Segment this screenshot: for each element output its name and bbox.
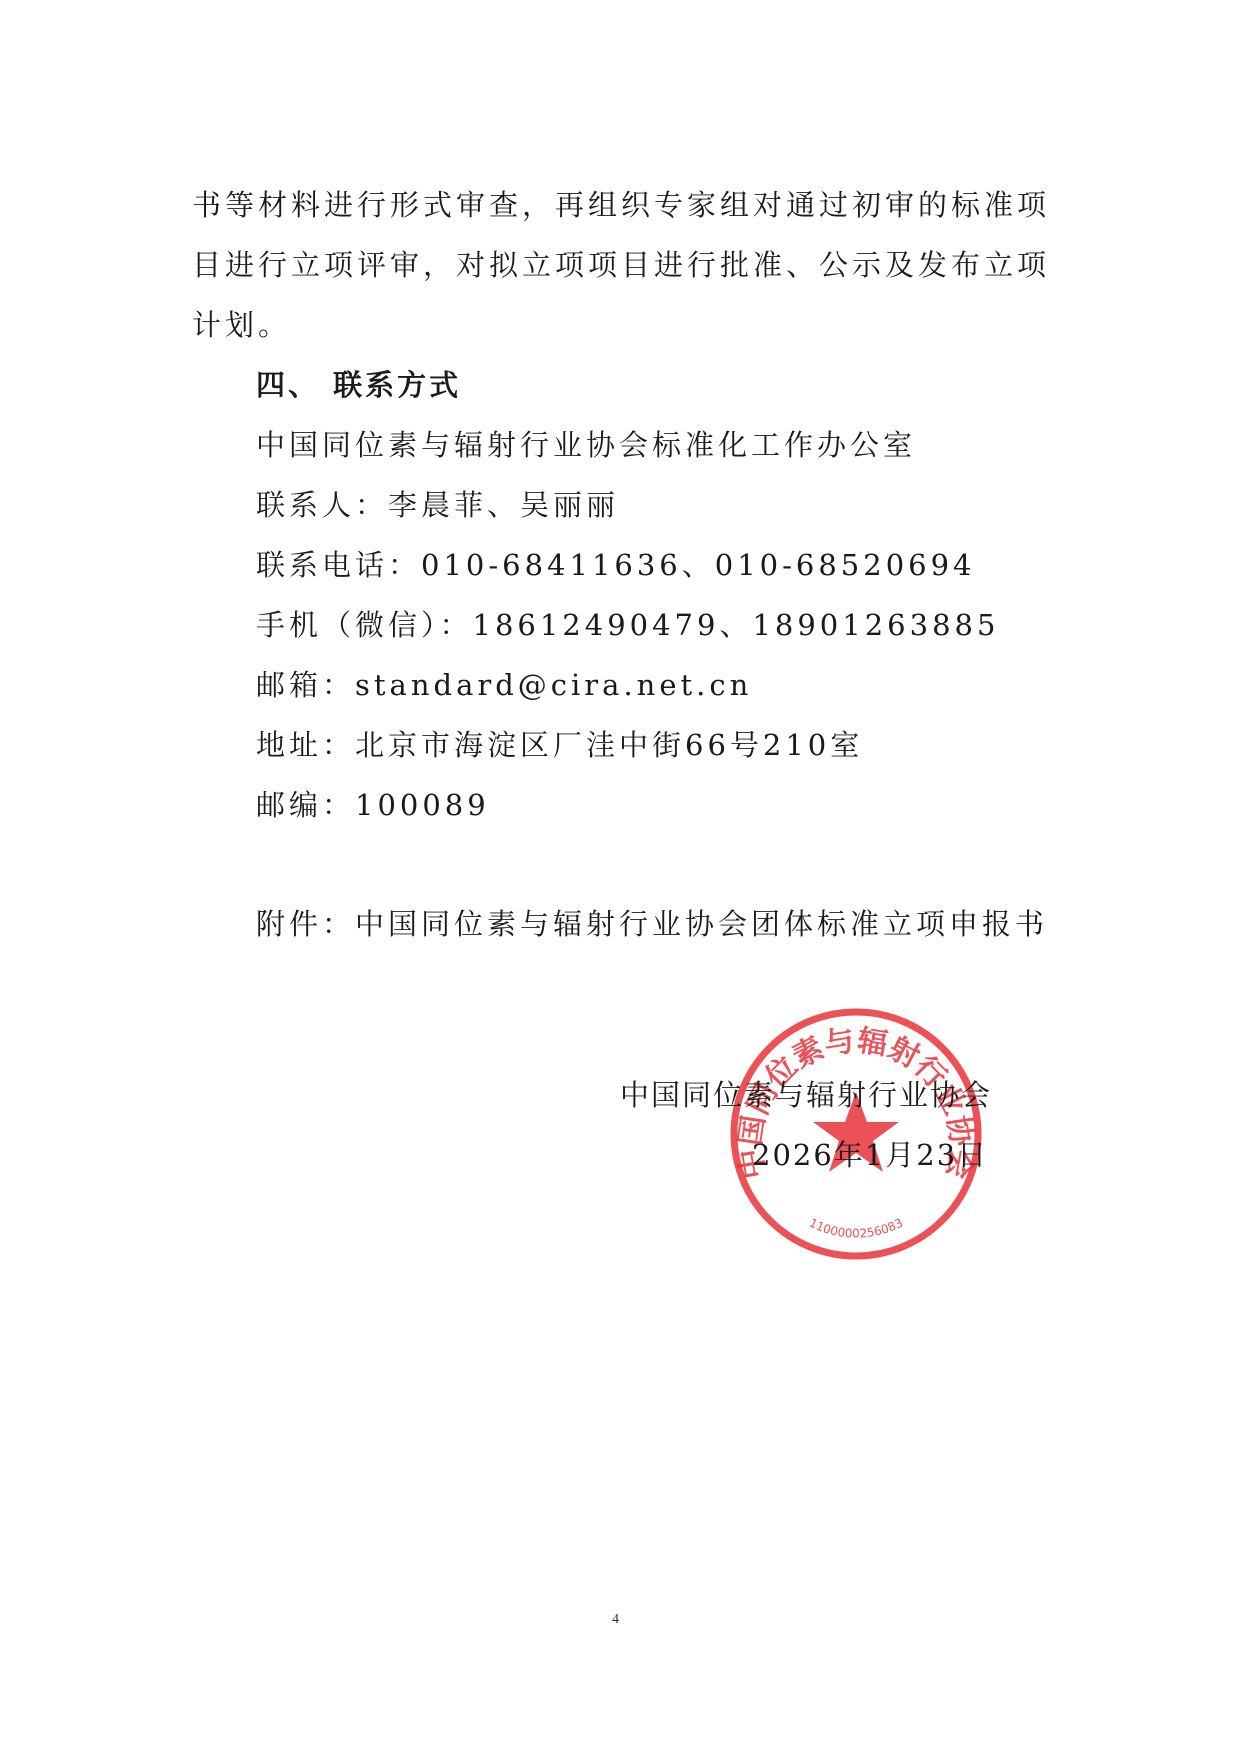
contact-phone: 联系电话：010-68411636、010-68520694: [256, 543, 976, 584]
page-number: 4: [612, 1612, 619, 1628]
seal-code: 1100000256083: [807, 1216, 905, 1241]
paragraph-line-3: 计划。: [192, 303, 291, 344]
contact-postcode: 邮编：100089: [256, 783, 490, 824]
contact-email: 邮箱：standard@cira.net.cn: [256, 663, 752, 704]
contact-person: 联系人：李晨菲、吴丽丽: [256, 483, 619, 524]
contact-address: 地址：北京市海淀区厂洼中街66号210室: [256, 723, 863, 764]
document-page: 书等材料进行形式审查，再组织专家组对通过初审的标准项 目进行立项评审，对拟立项项…: [0, 0, 1240, 1754]
paragraph-line-1: 书等材料进行形式审查，再组织专家组对通过初审的标准项: [192, 183, 1050, 224]
attachment-note: 附件：中国同位素与辐射行业协会团体标准立项申报书: [256, 902, 1048, 943]
paragraph-line-2: 目进行立项评审，对拟立项项目进行批准、公示及发布立项: [192, 243, 1050, 284]
svg-text:1100000256083: 1100000256083: [807, 1216, 905, 1241]
contact-office: 中国同位素与辐射行业协会标准化工作办公室: [256, 423, 916, 464]
signature-organization: 中国同位素与辐射行业协会: [620, 1073, 992, 1114]
section-heading-contact: 四、 联系方式: [256, 363, 461, 404]
signature-date: 2026年1月23日: [752, 1133, 988, 1174]
contact-mobile: 手机（微信）：18612490479、18901263885: [256, 603, 999, 644]
